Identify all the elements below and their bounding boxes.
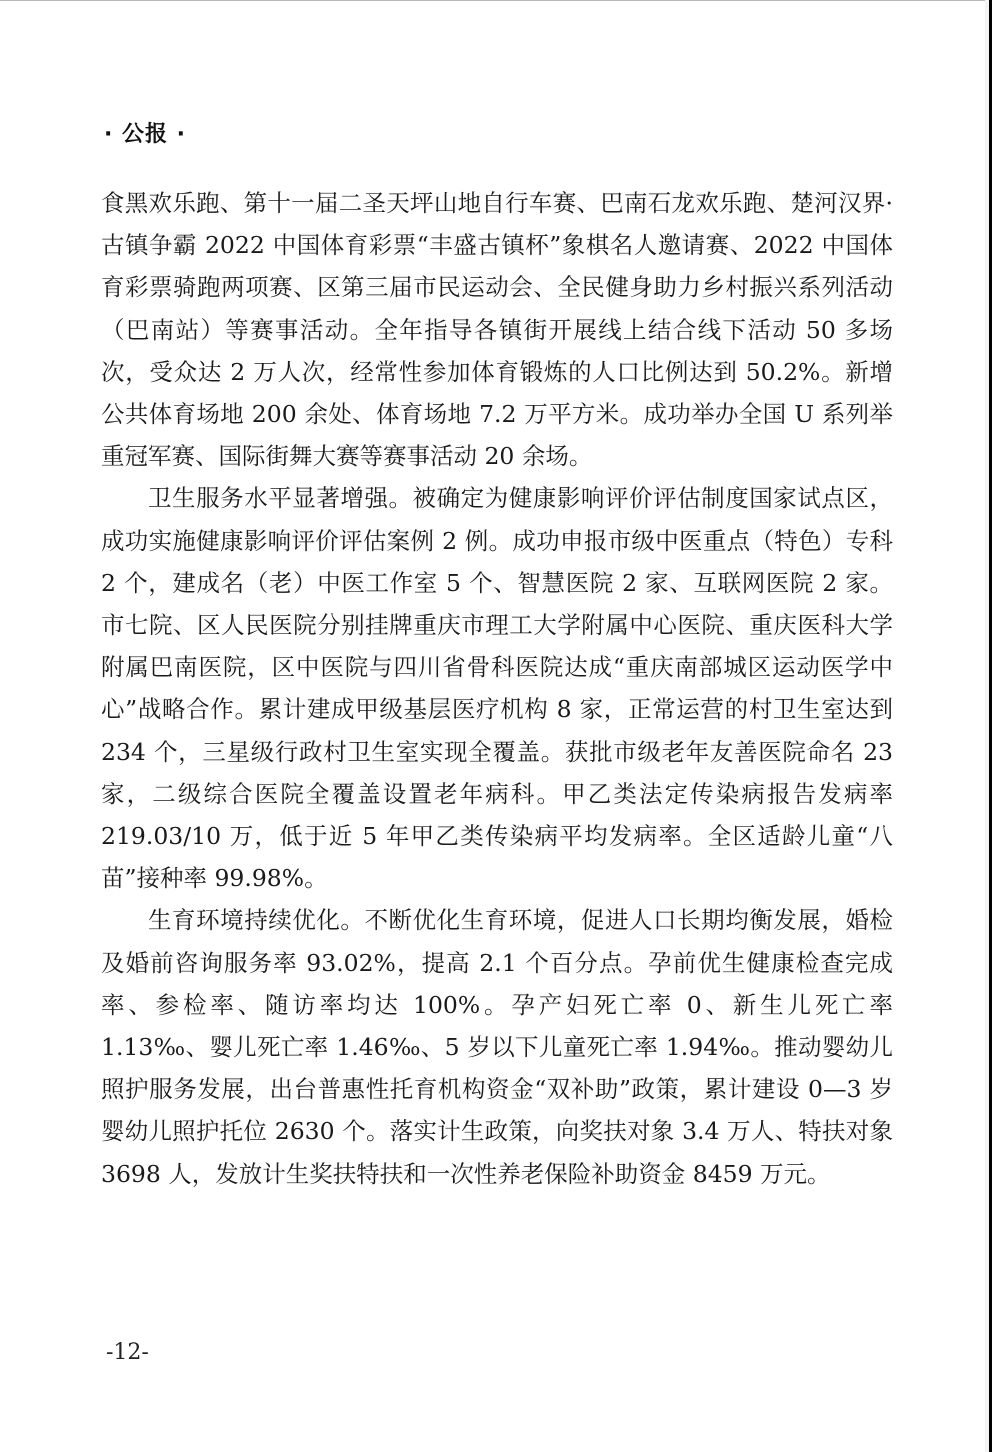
page-number: -12- xyxy=(106,1340,149,1365)
paragraph-health-services: 卫生服务水平显著增强。被确定为健康影响评价评估制度国家试点区，成功实施健康影响评… xyxy=(101,477,893,899)
section-header-label: · 公报 · xyxy=(104,117,186,148)
page-top-rule xyxy=(0,0,992,1)
paragraph-fertility-environment: 生育环境持续优化。不断优化生育环境，促进人口长期均衡发展，婚检及婚前咨询服务率 … xyxy=(101,899,893,1194)
document-body: 食黑欢乐跑、第十一届二圣天坪山地自行车赛、巴南石龙欢乐跑、楚河汉界·古镇争霸 2… xyxy=(101,182,893,1195)
paragraph-sports-events: 食黑欢乐跑、第十一届二圣天坪山地自行车赛、巴南石龙欢乐跑、楚河汉界·古镇争霸 2… xyxy=(101,182,893,477)
